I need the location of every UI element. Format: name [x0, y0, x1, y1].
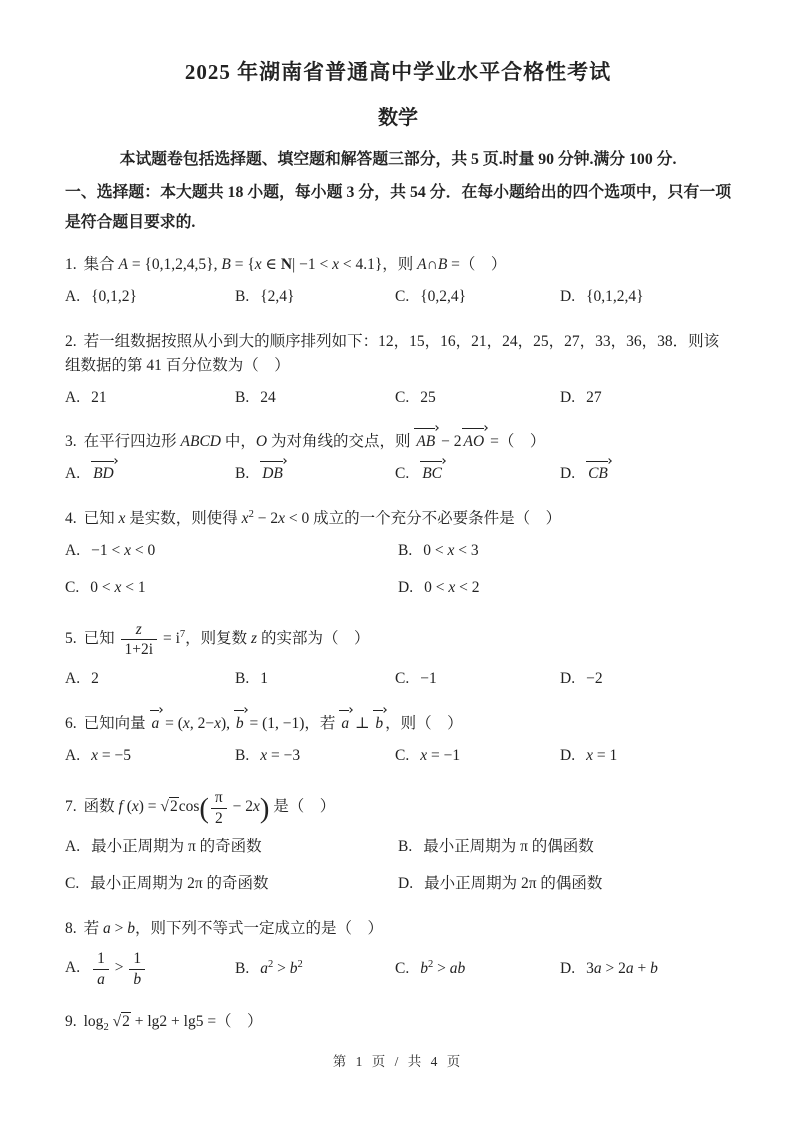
question-7-stem: 7.函数 f (x) = √2cos(π2 − 2x) 是（ ） [65, 789, 731, 828]
option-label: B. [398, 838, 412, 855]
option-label: D. [560, 288, 575, 305]
question-8-stem: 8.若 a > b，则下列不等式一定成立的是（ ） [65, 917, 731, 941]
option-b: B.0 < x < 3 [398, 540, 731, 562]
option-c: C.BC [395, 463, 560, 485]
option-value: {0,2,4} [420, 288, 466, 305]
option-label: D. [560, 670, 575, 687]
option-c: C.x = −1 [395, 745, 560, 767]
option-label: B. [398, 542, 412, 559]
question-3-stem: 3.在平行四边形 ABCD 中，O 为对角线的交点，则 AB − 2AO =（ … [65, 430, 731, 454]
option-value: 24 [260, 389, 276, 406]
option-value: −1 < x < 0 [91, 542, 155, 559]
question-2: 2.若一组数据按照从小到大的顺序排列如下：12，15，16，21，24，25，2… [65, 319, 731, 420]
option-value: 最小正周期为 2π 的奇函数 [90, 875, 268, 892]
option-value: BC [420, 465, 444, 482]
question-8-options: A.1a > 1b B.a2 > b2 C.b2 > ab D.3a > 2a … [65, 950, 731, 989]
option-c: C.最小正周期为 2π 的奇函数 [65, 873, 398, 895]
option-a: A.−1 < x < 0 [65, 540, 398, 562]
question-6-stem: 6.已知向量 a = (x, 2−x), b = (1, −1)，若 a ⊥ b… [65, 712, 731, 736]
option-value: 0 < x < 1 [90, 579, 145, 596]
question-text: 函数 f (x) = √2cos(π2 − 2x) 是（ ） [84, 798, 336, 815]
question-6-options: A.x = −5 B.x = −3 C.x = −1 D.x = 1 [65, 745, 731, 767]
option-d: D.3a > 2a + b [560, 958, 731, 980]
option-a: A.x = −5 [65, 745, 235, 767]
exam-instructions: 本试题卷包括选择题、填空题和解答题三部分，共 5 页.时量 90 分钟.满分 1… [65, 146, 731, 169]
question-7-options: A.最小正周期为 π 的奇函数 B.最小正周期为 π 的偶函数 C.最小正周期为… [65, 836, 731, 894]
option-label: A. [65, 465, 80, 482]
question-8: 8.若 a > b，则下列不等式一定成立的是（ ） A.1a > 1b B.a2… [65, 906, 731, 1000]
question-number: 6. [65, 715, 77, 732]
question-2-stem: 2.若一组数据按照从小到大的顺序排列如下：12，15，16，21，24，25，2… [65, 330, 731, 378]
option-label: C. [395, 389, 409, 406]
option-label: C. [395, 465, 409, 482]
option-c: C.{0,2,4} [395, 286, 560, 308]
question-number: 1. [65, 256, 77, 273]
question-number: 3. [65, 433, 77, 450]
option-value: 0 < x < 2 [424, 579, 479, 596]
option-b: B.24 [235, 387, 395, 409]
option-value: 最小正周期为 π 的偶函数 [423, 838, 594, 855]
question-4-options: A.−1 < x < 0 B.0 < x < 3 C.0 < x < 1 D.0… [65, 540, 731, 598]
option-a: A.21 [65, 387, 235, 409]
option-value: −2 [586, 670, 603, 687]
question-number: 8. [65, 920, 77, 937]
option-b: B.最小正周期为 π 的偶函数 [398, 836, 731, 858]
question-5: 5.已知 z1+2i = i7，则复数 z 的实部为（ ） A.2 B.1 C.… [65, 610, 731, 701]
option-value: BD [91, 465, 116, 482]
option-label: B. [235, 465, 249, 482]
option-b: B.DB [235, 463, 395, 485]
question-text: 集合 A = {0,1,2,4,5}, B = {x ∈ N| −1 < x <… [84, 256, 507, 273]
option-value: −1 [420, 670, 437, 687]
option-value: x = −1 [420, 747, 460, 764]
option-d: D.x = 1 [560, 745, 731, 767]
option-a: A.1a > 1b [65, 950, 235, 989]
option-label: A. [65, 288, 80, 305]
option-value: {0,1,2} [91, 288, 137, 305]
option-label: A. [65, 747, 80, 764]
question-text: 若 a > b，则下列不等式一定成立的是（ ） [84, 920, 383, 937]
question-text: 已知向量 a = (x, 2−x), b = (1, −1)，若 a ⊥ b，则… [84, 715, 463, 732]
option-label: C. [395, 747, 409, 764]
exam-page: 2025 年湖南省普通高中学业水平合格性考试 数学 本试题卷包括选择题、填空题和… [0, 0, 793, 1122]
option-a: A.BD [65, 463, 235, 485]
option-label: D. [560, 389, 575, 406]
option-label: D. [398, 875, 413, 892]
question-9-stem: 9.log2 √2 + lg2 + lg5 =（ ） [65, 1010, 731, 1036]
question-text: 若一组数据按照从小到大的顺序排列如下：12，15，16，21，24，25，27，… [65, 333, 719, 374]
option-b: B.1 [235, 668, 395, 690]
option-label: D. [560, 747, 575, 764]
option-value: 1 [260, 670, 268, 687]
question-1-options: A.{0,1,2} B.{2,4} C.{0,2,4} D.{0,1,2,4} [65, 286, 731, 308]
option-d: D.0 < x < 2 [398, 577, 731, 599]
option-label: A. [65, 389, 80, 406]
option-label: A. [65, 670, 80, 687]
question-number: 4. [65, 510, 77, 527]
section-header: 一、选择题：本大题共 18 小题，每小题 3 分，共 54 分．在每小题给出的四… [65, 178, 731, 238]
question-5-stem: 5.已知 z1+2i = i7，则复数 z 的实部为（ ） [65, 621, 731, 660]
option-value: 最小正周期为 π 的奇函数 [91, 838, 262, 855]
option-d: D.27 [560, 387, 731, 409]
exam-title: 2025 年湖南省普通高中学业水平合格性考试 [65, 56, 731, 86]
option-value: CB [586, 465, 610, 482]
option-value: 3a > 2a + b [586, 960, 658, 977]
option-value: 27 [586, 389, 602, 406]
question-text: 已知 x 是实数，则使得 x2 − 2x < 0 成立的一个充分不必要条件是（ … [84, 510, 561, 527]
option-value: x = −5 [91, 747, 131, 764]
option-value: x = 1 [586, 747, 617, 764]
question-text: 已知 z1+2i = i7，则复数 z 的实部为（ ） [84, 630, 370, 647]
option-label: D. [560, 465, 575, 482]
option-label: C. [65, 579, 79, 596]
option-c: C.25 [395, 387, 560, 409]
option-label: B. [235, 670, 249, 687]
option-a: A.{0,1,2} [65, 286, 235, 308]
option-value: {2,4} [260, 288, 294, 305]
option-d: D.最小正周期为 2π 的偶函数 [398, 873, 731, 895]
option-label: A. [65, 542, 80, 559]
question-text: 在平行四边形 ABCD 中，O 为对角线的交点，则 AB − 2AO =（ ） [84, 433, 546, 450]
question-4: 4.已知 x 是实数，则使得 x2 − 2x < 0 成立的一个充分不必要条件是… [65, 496, 731, 610]
option-c: C.0 < x < 1 [65, 577, 398, 599]
question-6: 6.已知向量 a = (x, 2−x), b = (1, −1)，若 a ⊥ b… [65, 701, 731, 778]
question-4-stem: 4.已知 x 是实数，则使得 x2 − 2x < 0 成立的一个充分不必要条件是… [65, 507, 731, 531]
option-label: B. [235, 747, 249, 764]
option-b: B.{2,4} [235, 286, 395, 308]
option-label: C. [395, 670, 409, 687]
question-2-options: A.21 B.24 C.25 D.27 [65, 387, 731, 409]
option-c: C.−1 [395, 668, 560, 690]
option-b: B.a2 > b2 [235, 958, 395, 980]
option-value: a2 > b2 [260, 960, 303, 977]
option-d: D.−2 [560, 668, 731, 690]
question-3: 3.在平行四边形 ABCD 中，O 为对角线的交点，则 AB − 2AO =（ … [65, 419, 731, 496]
option-d: D.CB [560, 463, 731, 485]
question-5-options: A.2 B.1 C.−1 D.−2 [65, 668, 731, 690]
option-label: B. [235, 960, 249, 977]
option-label: A. [65, 959, 80, 976]
option-b: B.x = −3 [235, 745, 395, 767]
question-9: 9.log2 √2 + lg2 + lg5 =（ ） [65, 999, 731, 1045]
option-a: A.最小正周期为 π 的奇函数 [65, 836, 398, 858]
option-label: C. [65, 875, 79, 892]
option-label: C. [395, 960, 409, 977]
option-label: D. [560, 960, 575, 977]
option-label: D. [398, 579, 413, 596]
question-1-stem: 1.集合 A = {0,1,2,4,5}, B = {x ∈ N| −1 < x… [65, 253, 731, 277]
option-value: {0,1,2,4} [586, 288, 644, 305]
option-label: B. [235, 389, 249, 406]
question-7: 7.函数 f (x) = √2cos(π2 − 2x) 是（ ） A.最小正周期… [65, 778, 731, 906]
exam-subject: 数学 [65, 101, 731, 130]
option-value: 最小正周期为 2π 的偶函数 [424, 875, 602, 892]
question-number: 5. [65, 630, 77, 647]
option-value: DB [260, 465, 285, 482]
option-d: D.{0,1,2,4} [560, 286, 731, 308]
page-footer: 第 1 页 / 共 4 页 [65, 1050, 731, 1070]
option-value: b2 > ab [420, 960, 465, 977]
option-value: x = −3 [260, 747, 300, 764]
option-value: 1a > 1b [91, 959, 147, 976]
option-label: C. [395, 288, 409, 305]
option-label: A. [65, 838, 80, 855]
option-c: C.b2 > ab [395, 958, 560, 980]
option-value: 0 < x < 3 [423, 542, 478, 559]
question-number: 2. [65, 333, 77, 350]
question-number: 9. [65, 1013, 77, 1030]
option-label: B. [235, 288, 249, 305]
question-3-options: A.BD B.DB C.BC D.CB [65, 463, 731, 485]
option-value: 2 [91, 670, 99, 687]
option-a: A.2 [65, 668, 235, 690]
question-1: 1.集合 A = {0,1,2,4,5}, B = {x ∈ N| −1 < x… [65, 242, 731, 319]
question-number: 7. [65, 798, 77, 815]
question-text: log2 √2 + lg2 + lg5 =（ ） [84, 1013, 263, 1030]
option-value: 25 [420, 389, 436, 406]
option-value: 21 [91, 389, 107, 406]
